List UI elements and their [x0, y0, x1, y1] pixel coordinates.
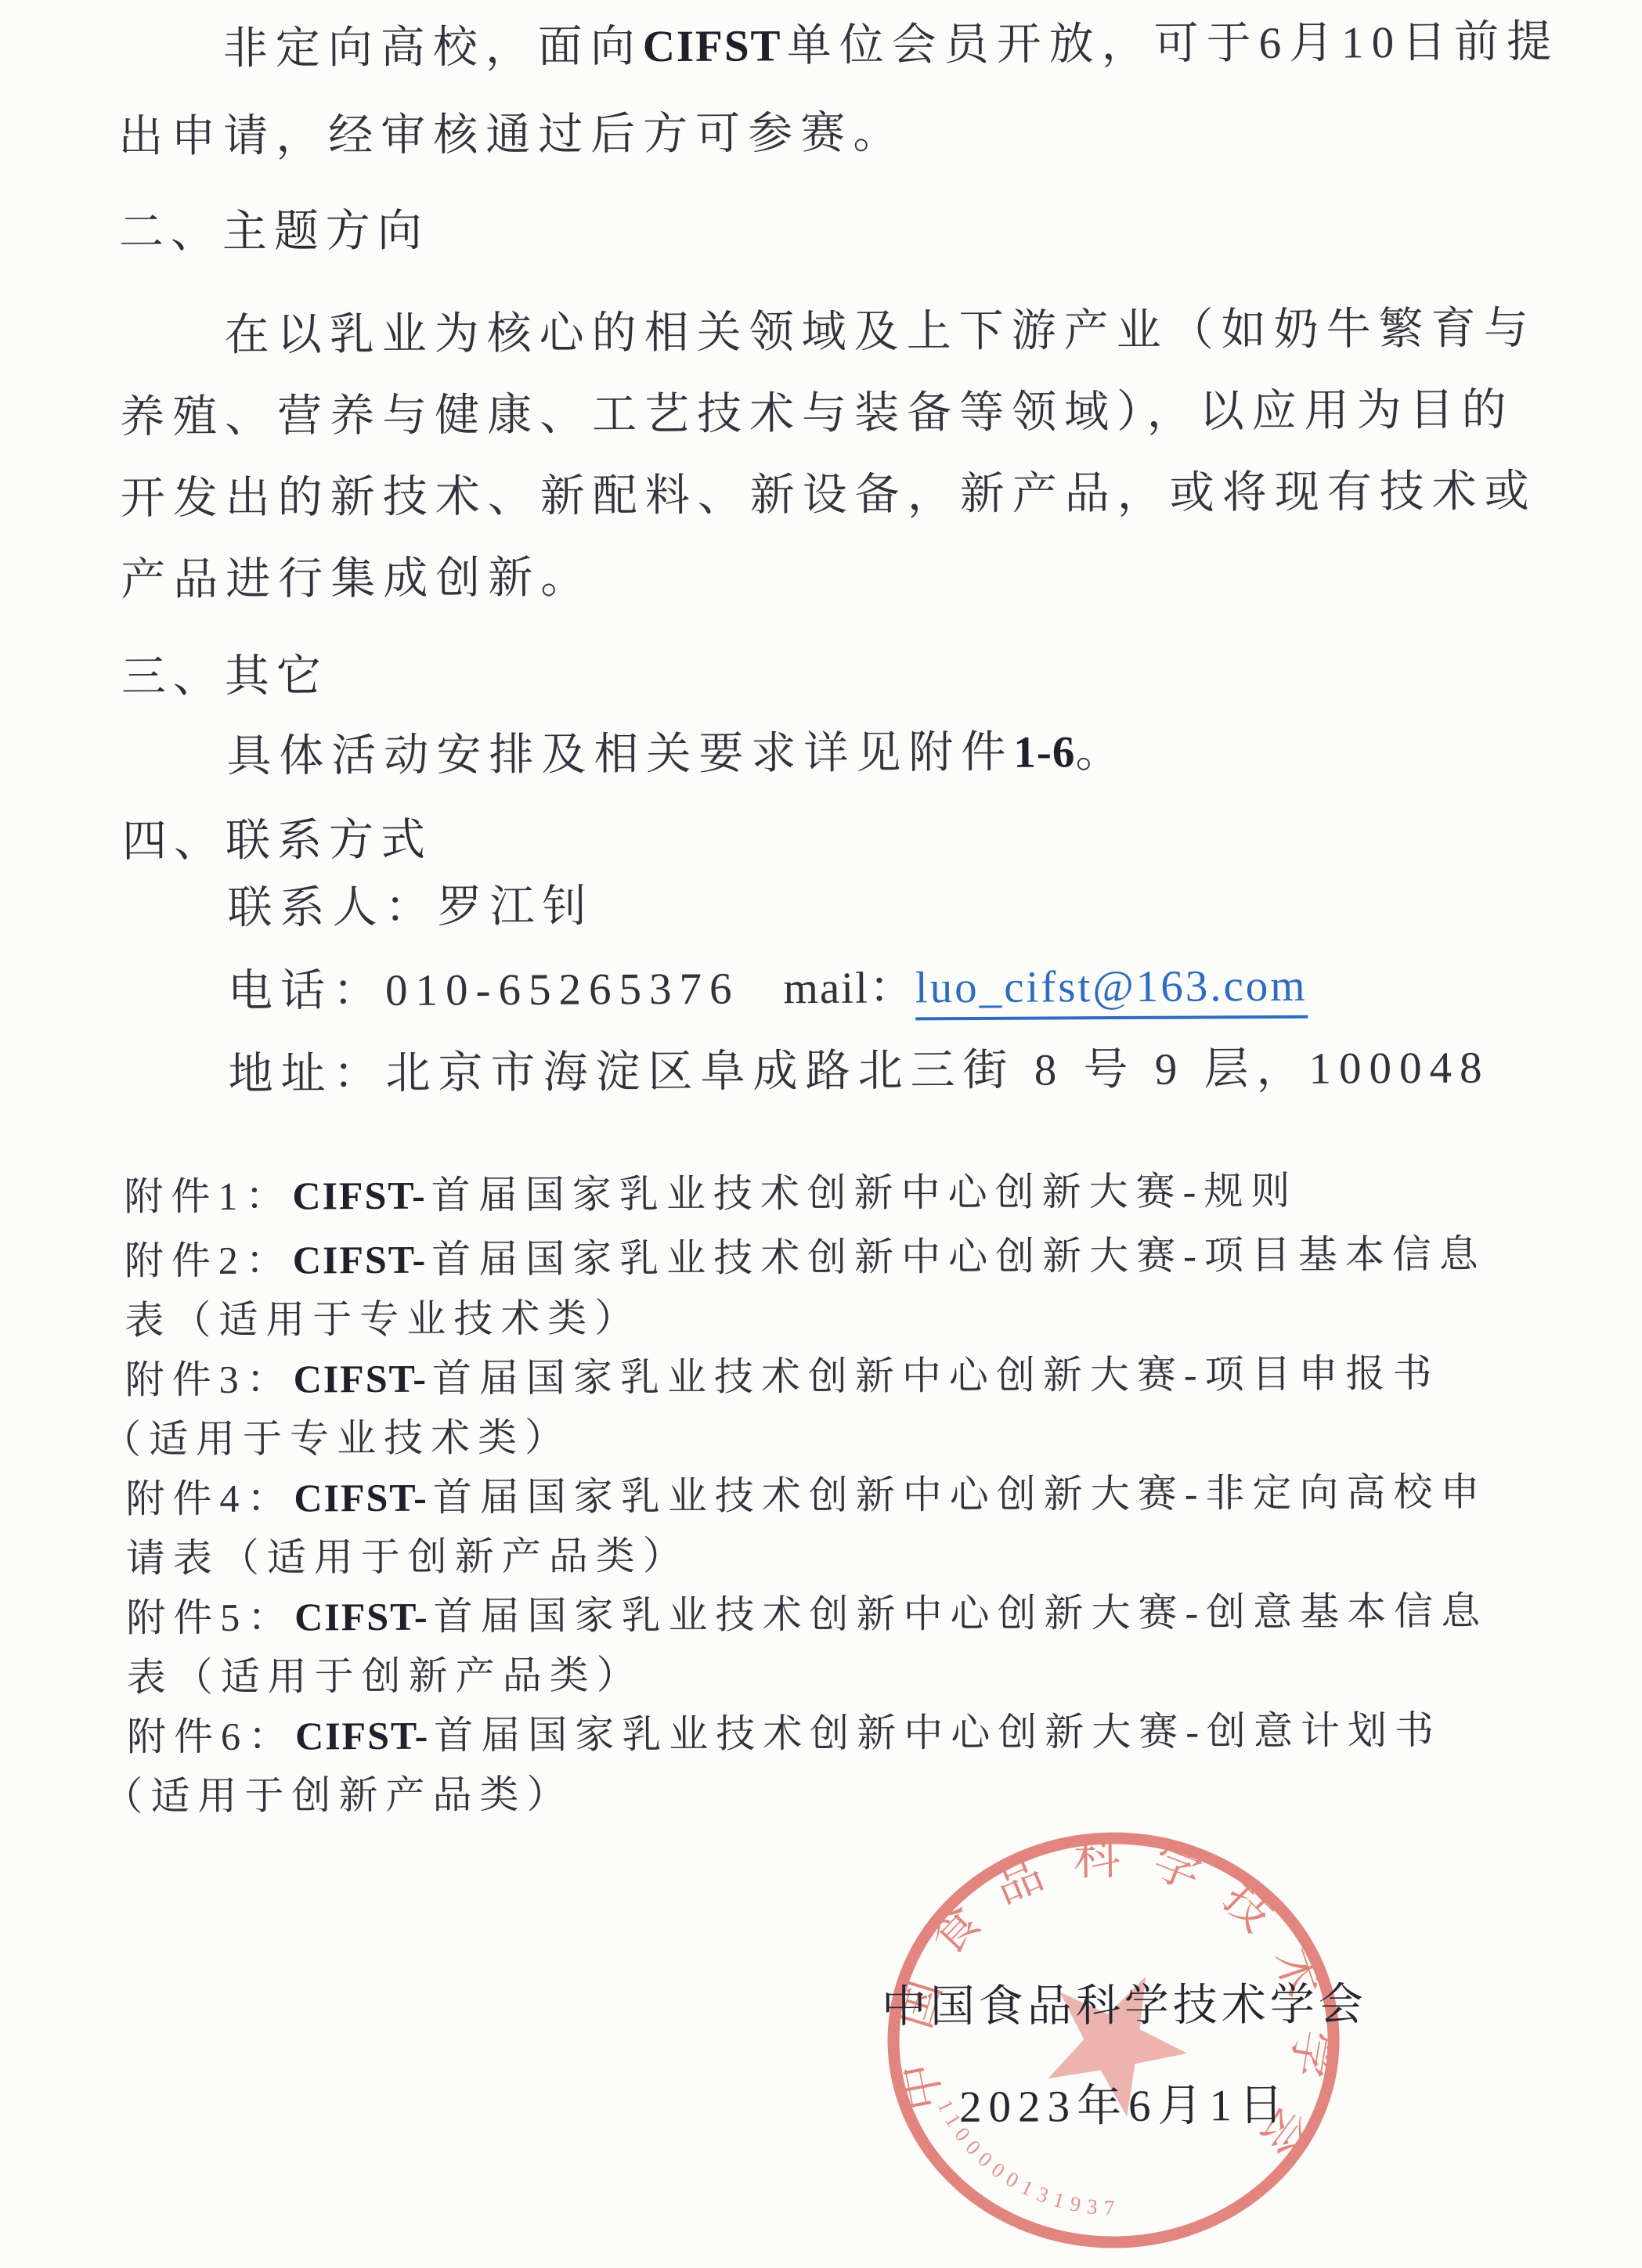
section-2-line-2: 养殖、营养与健康、工艺技术与装备等领域），以应用为目的	[120, 384, 1514, 443]
attachment-4-text: 首届国家乳业技术创新中心创新大赛-非定向高校申	[433, 1470, 1488, 1520]
attachment-line-2: 附件2：CIFST-首届国家乳业技术创新中心创新大赛-项目基本信息	[125, 1232, 1486, 1285]
contact-address: 地址：北京市海淀区阜成路北三街 8 号 9 层，100048	[228, 1043, 1489, 1101]
section-2-line-1: 在以乳业为核心的相关领域及上下游产业（如奶牛繁育与	[224, 303, 1536, 361]
signature-org-name: 中国食品科学技术学会	[833, 1968, 1416, 2035]
attachment-6-text: 首届国家乳业技术创新中心创新大赛-创意计划书	[434, 1708, 1442, 1758]
attachment-4-cifst: CIFST-	[294, 1476, 428, 1520]
attachment-2-text: 首届国家乳业技术创新中心创新大赛-项目基本信息	[431, 1232, 1486, 1282]
seal-graphic: 中国食品科学技术学会 1100000131937	[878, 1821, 1350, 2250]
section-3-post: 。	[1075, 727, 1128, 777]
attachment-2-label: 附件2：	[125, 1239, 293, 1283]
attachment-1-cifst: CIFST-	[292, 1174, 427, 1218]
intro-line-1-post: 单位会员开放，可于6月10日前提	[786, 17, 1559, 70]
section-3-pre: 具体活动安排及相关要求详见附件	[226, 728, 1013, 781]
section-3-line-1: 具体活动安排及相关要求详见附件1-6。	[226, 727, 1128, 783]
phone-label: 电话：	[228, 966, 385, 1016]
mail-label: mail：	[783, 963, 915, 1013]
section-2-line-4: 产品进行集成创新。	[121, 553, 593, 607]
section-2-heading: 二、主题方向	[119, 206, 429, 259]
attachment-5-cifst: CIFST-	[294, 1595, 429, 1639]
document-content: 非定向高校，面向CIFST单位会员开放，可于6月10日前提 出申请，经审核通过后…	[0, 0, 1642, 2268]
intro-line-2: 出申请，经审核通过后方可参赛。	[118, 107, 905, 163]
attachment-5-label: 附件5：	[126, 1596, 294, 1640]
attachment-line-3b: （适用于专业技术类）	[102, 1415, 572, 1463]
attachment-5-text: 首届国家乳业技术创新中心创新大赛-创意基本信息	[433, 1589, 1488, 1639]
attachment-1-text: 首届国家乳业技术创新中心创新大赛-规则	[431, 1169, 1298, 1217]
attachment-line-3: 附件3：CIFST-首届国家乳业技术创新中心创新大赛-项目申报书	[125, 1351, 1439, 1403]
attachment-line-6: 附件6：CIFST-首届国家乳业技术创新中心创新大赛-创意计划书	[127, 1708, 1442, 1760]
attachment-line-4: 附件4：CIFST-首届国家乳业技术创新中心创新大赛-非定向高校申	[125, 1470, 1487, 1523]
attachment-line-5: 附件5：CIFST-首届国家乳业技术创新中心创新大赛-创意基本信息	[126, 1589, 1488, 1642]
attachment-line-6b: （适用于创新产品类）	[103, 1772, 573, 1820]
attachment-3-cifst: CIFST-	[293, 1357, 428, 1401]
contact-person: 联系人：罗江钊	[227, 882, 594, 935]
official-seal-stamp: 中国食品科学技术学会 1100000131937	[878, 1821, 1350, 2250]
attachment-4-label: 附件4：	[125, 1477, 294, 1521]
attachment-line-5b: 表（适用于创新产品类）	[126, 1653, 643, 1700]
attachment-6-cifst: CIFST-	[295, 1714, 430, 1758]
attachment-line-2b: 表（适用于专业技术类）	[125, 1296, 641, 1343]
section-3-heading: 三、其它	[121, 651, 328, 703]
phone-number: 010-65265376	[385, 965, 740, 1015]
intro-line-1: 非定向高校，面向CIFST单位会员开放，可于6月10日前提	[223, 16, 1560, 74]
email-link[interactable]: luo_cifst@163.com	[915, 961, 1308, 1021]
section-4-heading: 四、联系方式	[122, 815, 432, 868]
document-page: 非定向高校，面向CIFST单位会员开放，可于6月10日前提 出申请，经审核通过后…	[0, 0, 1642, 2268]
attachment-6-label: 附件6：	[127, 1715, 295, 1759]
intro-line-1-pre: 非定向高校，面向	[223, 22, 643, 74]
signature-date: 2023年6月1日	[833, 2068, 1416, 2136]
section-2-line-3: 开发出的新技术、新配料、新设备，新产品，或将现有技术或	[121, 466, 1537, 525]
attachment-3-label: 附件3：	[125, 1358, 293, 1402]
attachment-line-1: 附件1：CIFST-首届国家乳业技术创新中心创新大赛-规则	[124, 1169, 1297, 1220]
section-3-range: 1-6	[1013, 727, 1075, 777]
attachment-2-cifst: CIFST-	[293, 1238, 428, 1282]
attachment-line-4b: 请表（适用于创新产品类）	[126, 1534, 690, 1581]
intro-line-1-cifst: CIFST	[643, 21, 782, 71]
contact-phone-line: 电话：010-65265376mail：luo_cifst@163.com	[228, 961, 1308, 1018]
attachment-1-label: 附件1：	[124, 1174, 292, 1219]
attachment-3-text: 首届国家乳业技术创新中心创新大赛-项目申报书	[432, 1351, 1440, 1401]
